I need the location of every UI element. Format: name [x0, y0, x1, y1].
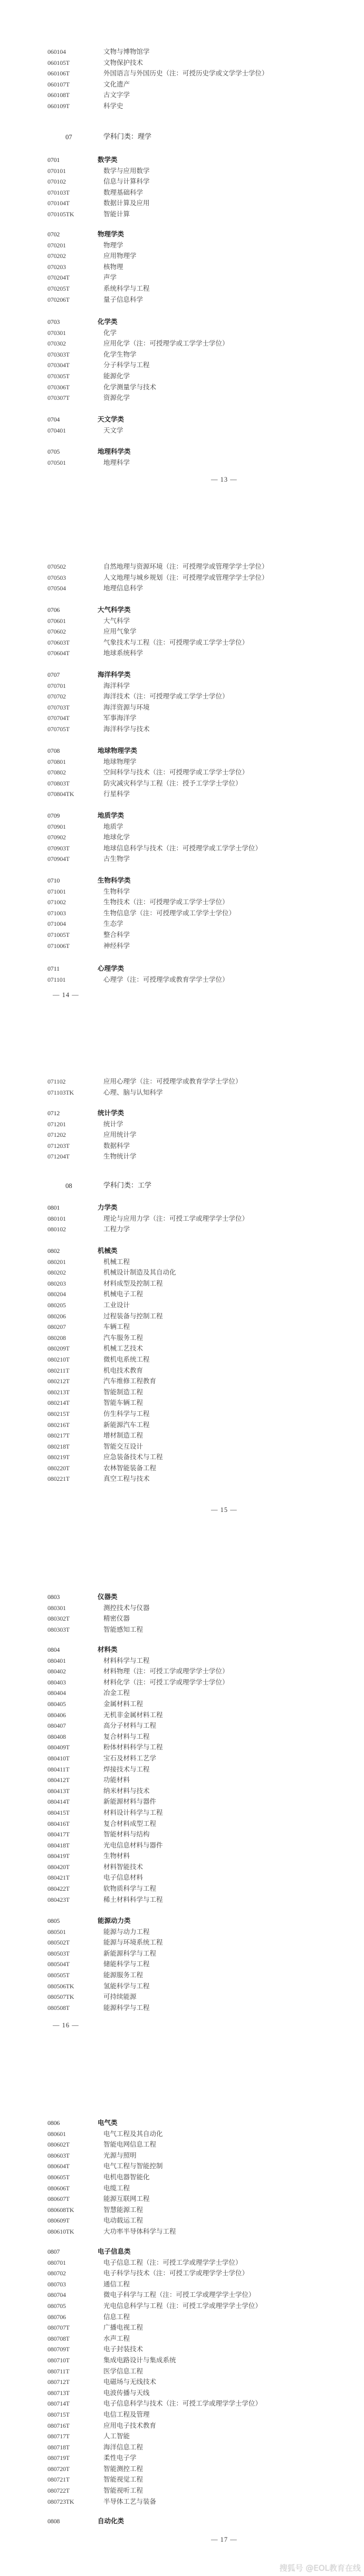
major-row: 080414T新能源材料与器件: [0, 1796, 364, 1807]
major-name: 海洋科学类: [98, 669, 131, 681]
major-row: 080209T机械工艺技术: [0, 1343, 364, 1354]
major-code: 0707: [47, 669, 60, 681]
major-code: 080402: [47, 1666, 66, 1677]
major-name: 信息与计算科学: [103, 176, 150, 187]
major-name: 仿生科学与工程: [103, 1409, 150, 1420]
major-name: 心理学（注：可授理学或教育学学士学位）: [103, 974, 229, 985]
major-row: 080706信息工程: [0, 2312, 364, 2323]
major-code: 080715T: [47, 2409, 70, 2420]
major-code: 070301: [47, 328, 66, 339]
major-name: 生物信息学（注：可授理学或工学学士学位）: [103, 908, 235, 919]
major-code: 080209T: [47, 1343, 70, 1354]
major-row: 080601电气工程及其自动化: [0, 2129, 364, 2140]
major-name: 力学类: [98, 1202, 118, 1213]
page-number: — 16 —: [53, 2022, 79, 2029]
major-row: 080203材料成型及控制工程: [0, 1278, 364, 1289]
major-code: 080501: [47, 1927, 66, 1938]
catalog-block: 070502自然地理与资源环境（注：可授理学或管理学学士学位）070503人文地…: [0, 561, 364, 594]
major-code: 071203T: [47, 1141, 70, 1152]
catalog-block: 0710生物科学类071001生物科学071002生物技术（注：可授理学或工学学…: [0, 875, 364, 951]
major-code: 0708: [47, 745, 60, 756]
major-name: 电气工程与智能控制: [103, 2161, 163, 2172]
major-code: 080422T: [47, 1883, 70, 1894]
major-row: 080603T光源与照明: [0, 2150, 364, 2161]
major-code: 08: [65, 1181, 72, 1192]
major-name: 地理信息科学: [103, 583, 143, 594]
major-code: 080407: [47, 1720, 66, 1731]
major-code: 070703T: [47, 702, 70, 713]
major-code: 070901: [47, 821, 66, 832]
major-name: 车辆工程: [103, 1321, 130, 1333]
major-code: 080709T: [47, 2344, 70, 2355]
major-row: 071202应用统计学: [0, 1129, 364, 1141]
major-row: 080507TK可持续能源: [0, 1991, 364, 2003]
major-row: 080202机械设计制造及其自动化: [0, 1267, 364, 1278]
major-code: 080713T: [47, 2388, 70, 2399]
major-class-row: 0710生物科学类: [0, 875, 364, 886]
major-class-row: 0707海洋科学类: [0, 669, 364, 681]
major-name: 海洋资源与环境: [103, 702, 150, 713]
major-name: 农林智能装备工程: [103, 1463, 156, 1474]
major-code: 080206: [47, 1311, 66, 1322]
major-name: 自动化类: [98, 2516, 124, 2527]
major-name: 古生物学: [103, 854, 130, 865]
major-name: 人文地理与城乡规划（注：可授理学或管理学学士学位）: [103, 572, 269, 583]
major-name: 能源动力类: [98, 1916, 131, 1927]
major-code: 071102: [47, 1076, 65, 1087]
major-code: 080213T: [47, 1387, 70, 1398]
major-code: 080412T: [47, 1775, 70, 1786]
major-name: 机械电子工程: [103, 1289, 143, 1300]
major-name: 电子信息工程（注：可授工学或理学学士学位）: [103, 2257, 242, 2268]
major-class-row: 0706大气科学类: [0, 605, 364, 616]
major-row: 071201统计学: [0, 1119, 364, 1130]
major-code: 070302: [47, 338, 66, 349]
major-row: 071204T生物统计学: [0, 1151, 364, 1162]
major-name: 地理科学类: [98, 446, 131, 457]
major-row: 070705T海洋科学与技术: [0, 724, 364, 735]
major-code: 071002: [47, 897, 66, 908]
major-code: 080423T: [47, 1894, 70, 1905]
major-name: 焊接技术与工程: [103, 1764, 150, 1775]
major-row: 070204T声学: [0, 272, 364, 283]
major-name: 核物理: [103, 262, 123, 273]
major-name: 数理基础科学: [103, 187, 143, 198]
major-code: 060109T: [47, 101, 70, 112]
major-name: 可持续能源: [103, 1991, 137, 2003]
major-row: 070401天文学: [0, 425, 364, 436]
major-row: 080221T真空工程与技术: [0, 1473, 364, 1485]
major-code: 080202: [47, 1267, 66, 1278]
major-code: 080717T: [47, 2431, 70, 2442]
major-name: 稀土材料科学与工程: [103, 1894, 163, 1905]
major-code: 070101: [47, 166, 66, 177]
major-row: 080711T医学信息工程: [0, 2366, 364, 2377]
major-code: 080504T: [47, 1959, 70, 1970]
major-code: 060105T: [47, 58, 70, 69]
major-code: 0703: [47, 317, 60, 328]
major-row: 080301测控技术与仪器: [0, 1603, 364, 1614]
major-code: 0808: [47, 2516, 60, 2527]
major-code: 080420T: [47, 1862, 70, 1873]
major-code: 070801: [47, 756, 66, 768]
major-row: 080214T智能车辆工程: [0, 1397, 364, 1409]
major-row: 080504T储能科学与工程: [0, 1959, 364, 1970]
major-row: 080701电子信息工程（注：可授工学或理学学士学位）: [0, 2257, 364, 2268]
major-row: 080419T生物材料: [0, 1851, 364, 1862]
major-row: 080602T智能电网信息工程: [0, 2139, 364, 2150]
major-name: 新能源汽车工程: [103, 1420, 150, 1431]
major-class-row: 0802机械类: [0, 1246, 364, 1257]
major-class-row: 0712统计学类: [0, 1108, 364, 1119]
major-row: 080204机械电子工程: [0, 1289, 364, 1300]
major-code: 070503: [47, 572, 66, 583]
major-code: 070205T: [47, 283, 70, 294]
major-row: 070703T海洋资源与环境: [0, 702, 364, 713]
major-row: 080420T材料智能技术: [0, 1862, 364, 1873]
major-code: 080411T: [47, 1764, 70, 1775]
major-name: 光源与照明: [103, 2150, 137, 2161]
major-class-row: 0702物理学类: [0, 229, 364, 240]
major-name: 能源互联网工程: [103, 2194, 150, 2205]
major-name: 应用气象学: [103, 626, 137, 637]
major-code: 0801: [47, 1202, 60, 1213]
major-row: 080411T焊接技术与工程: [0, 1764, 364, 1775]
major-code: 0710: [47, 875, 60, 886]
major-code: 070304T: [47, 360, 70, 371]
page-number: — 14 —: [53, 991, 79, 999]
major-code: 080704: [47, 2290, 66, 2301]
major-class-row: 0704天文学类: [0, 414, 364, 425]
major-row: 070701海洋科学: [0, 681, 364, 692]
major-name: 无机非金属材料工程: [103, 1710, 163, 1721]
major-code: 080405: [47, 1699, 66, 1710]
major-row: 080715T电信工程及管理: [0, 2409, 364, 2420]
major-row: 080609T电动载运工程: [0, 2215, 364, 2226]
major-name: 声学: [103, 272, 117, 283]
major-name: 地质学: [103, 821, 123, 832]
catalog-block: 0708地球物理学类070801地球物理学070802空间科学与技术（注：可授理…: [0, 745, 364, 800]
major-code: 070102: [47, 176, 66, 187]
major-class-row: 0711心理学类: [0, 963, 364, 974]
major-name: 功能材料: [103, 1775, 130, 1786]
catalog-block: 0705地理科学类070501地理科学: [0, 446, 364, 468]
major-name: 学科门类：理学: [103, 132, 151, 143]
major-name: 通信工程: [103, 2279, 130, 2290]
major-name: 大气科学类: [98, 605, 131, 616]
major-row: 080211T机电技术教育: [0, 1365, 364, 1376]
major-name: 智能交互设计: [103, 1441, 143, 1452]
major-name: 智能测控工程: [103, 2464, 143, 2475]
major-code: 080401: [47, 1655, 66, 1667]
major-code: 080606T: [47, 2183, 70, 2194]
major-name: 软物质科学与工程: [103, 1883, 156, 1894]
major-code: 071202: [47, 1129, 66, 1141]
major-row: 080402材料物理（注：可授工学或理学学士学位）: [0, 1666, 364, 1677]
major-row: 070803T防灾减灾科学与工程（注：授予工学学士学位）: [0, 778, 364, 789]
major-row: 070903T地球信息科学与技术（注：可授理学或工学学士学位）: [0, 843, 364, 854]
major-row: 070302应用化学（注：可授理学或工学学士学位）: [0, 338, 364, 349]
catalog-block: 0712统计学类071201统计学071202应用统计学071203T数据科学0…: [0, 1108, 364, 1162]
major-code: 080208: [47, 1333, 66, 1344]
major-row: 080704微电子科学与工程（注：可授工学或理学学士学位）: [0, 2290, 364, 2301]
major-code: 0806: [47, 2118, 60, 2129]
major-row: 080708T水声工程: [0, 2333, 364, 2344]
major-name: 储能科学与工程: [103, 1959, 150, 1970]
major-row: 070801地球物理学: [0, 756, 364, 768]
major-code: 080416T: [47, 1818, 70, 1830]
major-class-row: 0804材料类: [0, 1644, 364, 1655]
major-name: 材料成型及控制工程: [103, 1278, 163, 1289]
major-code: 070307T: [47, 392, 70, 404]
major-code: 080205: [47, 1300, 66, 1311]
major-row: 060104文物与博物馆学: [0, 46, 364, 58]
major-code: 080220T: [47, 1463, 70, 1474]
major-name: 智能视听工程: [103, 2485, 143, 2496]
catalog-block: 08学科门类：工学: [0, 1181, 364, 1192]
major-name: 人工智能: [103, 2431, 130, 2442]
major-name: 材料化学（注：可授工学或理学学士学位）: [103, 1677, 229, 1688]
major-code: 080217T: [47, 1430, 70, 1441]
major-code: 070202: [47, 251, 66, 262]
major-name: 量子信息科学: [103, 294, 143, 305]
major-name: 文物保护技术: [103, 58, 143, 69]
major-class-row: 0703化学类: [0, 317, 364, 328]
catalog-block: 0703化学类070301化学070302应用化学（注：可授理学或工学学士学位）…: [0, 317, 364, 404]
major-code: 080210T: [47, 1354, 70, 1365]
catalog-block: 0805能源动力类080501能源与动力工程080502T能源与环境系统工程08…: [0, 1916, 364, 2013]
major-name: 数学与应用数学: [103, 166, 150, 177]
major-row: 080716T应用电子技术教育: [0, 2420, 364, 2431]
major-code: 080409T: [47, 1742, 70, 1753]
major-name: 生物技术（注：可授理学或工学学士学位）: [103, 897, 229, 908]
major-code: 080219T: [47, 1452, 70, 1463]
major-row: 070104T数据计算及应用: [0, 198, 364, 209]
page-number: — 13 —: [211, 476, 237, 484]
major-code: 070201: [47, 240, 66, 251]
major-row: 080703通信工程: [0, 2279, 364, 2290]
major-code: 080303T: [47, 1624, 70, 1635]
major-row: 080604T电气工程与智能控制: [0, 2161, 364, 2172]
major-code: 070104T: [47, 198, 70, 209]
major-row: 080201机械工程: [0, 1257, 364, 1268]
major-name: 智能视觉工程: [103, 2474, 143, 2485]
major-name: 资源化学: [103, 392, 130, 404]
major-code: 080215T: [47, 1409, 70, 1420]
major-code: 080419T: [47, 1851, 70, 1862]
major-name: 海洋科学: [103, 681, 130, 692]
major-row: 080217T增材制造工程: [0, 1430, 364, 1441]
major-row: 070303T化学生物学: [0, 349, 364, 360]
major-code: 070604T: [47, 648, 70, 659]
major-name: 能源化学: [103, 371, 130, 382]
major-name: 机械设计制造及其自动化: [103, 1267, 176, 1278]
major-name: 化学测量学与技术: [103, 382, 156, 393]
major-name: 智能计算: [103, 209, 130, 220]
major-name: 材料物理（注：可授工学或理学学士学位）: [103, 1666, 229, 1677]
major-row: 080505T能源服务工程: [0, 1970, 364, 1981]
major-code: 070206T: [47, 294, 70, 305]
major-name: 应用统计学: [103, 1129, 137, 1141]
major-row: 080412T功能材料: [0, 1775, 364, 1786]
discipline-category-row: 08学科门类：工学: [0, 1181, 364, 1192]
major-code: 0804: [47, 1644, 60, 1655]
major-row: 080720T智能测控工程: [0, 2464, 364, 2475]
major-class-row: 0801力学类: [0, 1202, 364, 1213]
major-name: 学科门类：工学: [103, 1181, 151, 1192]
major-row: 080213T智能制造工程: [0, 1387, 364, 1398]
major-row: 080415T材料设计科学与工程: [0, 1807, 364, 1818]
major-row: 080607T能源互联网工程: [0, 2194, 364, 2205]
major-code: 080701: [47, 2257, 66, 2268]
major-code: 070504: [47, 583, 66, 594]
major-code: 071003: [47, 908, 66, 919]
major-name: 军事海洋学: [103, 713, 137, 724]
major-code: 080508T: [47, 2003, 70, 2014]
major-row: 080605T电机电器智能化: [0, 2172, 364, 2183]
major-name: 柔性电子学: [103, 2453, 137, 2464]
catalog-block: 0802机械类080201机械工程080202机械设计制造及其自动化080203…: [0, 1246, 364, 1485]
major-code: 071001: [47, 886, 66, 897]
major-code: 080720T: [47, 2464, 70, 2475]
major-code: 080505T: [47, 1970, 70, 1981]
major-code: 060108T: [47, 90, 70, 101]
major-row: 080722T智能视听工程: [0, 2485, 364, 2496]
major-code: 070804TK: [47, 789, 74, 800]
major-code: 080723TK: [47, 2496, 74, 2507]
major-name: 能源与环境系统工程: [103, 1937, 163, 1948]
major-row: 080610TK大功率半导体科学与工程: [0, 2226, 364, 2237]
major-code: 0705: [47, 446, 60, 457]
major-code: 080506TK: [47, 1981, 74, 1992]
major-name: 高分子材料与工程: [103, 1720, 156, 1731]
catalog-block: 071102应用心理学（注：可授理学或教育学学士学位）071103TK心理、脑与…: [0, 1076, 364, 1098]
major-code: 070603T: [47, 637, 70, 648]
major-code: 060106T: [47, 68, 70, 79]
major-code: 080719T: [47, 2453, 70, 2464]
watermark: 搜狐号 @EOL教育在线: [280, 2562, 361, 2573]
major-name: 大气科学: [103, 616, 130, 627]
catalog-block: 0807电子信息类080701电子信息工程（注：可授工学或理学学士学位）0807…: [0, 2246, 364, 2507]
major-name: 机电技术教育: [103, 1365, 143, 1376]
major-code: 070401: [47, 425, 66, 436]
major-code: 080607T: [47, 2194, 70, 2205]
major-row: 070102信息与计算科学: [0, 176, 364, 187]
major-code: 070103T: [47, 187, 70, 198]
major-code: 080301: [47, 1603, 66, 1614]
major-code: 060104: [47, 46, 66, 58]
major-code: 0709: [47, 810, 60, 821]
major-class-row: 0805能源动力类: [0, 1916, 364, 1927]
major-name: 纳米材料与技术: [103, 1786, 150, 1797]
major-code: 070701: [47, 681, 66, 692]
major-name: 微机电系统工程: [103, 1354, 150, 1365]
major-code: 080201: [47, 1257, 66, 1268]
major-code: 080605T: [47, 2172, 70, 2183]
major-name: 电动载运工程: [103, 2215, 143, 2226]
major-row: 080218T智能交互设计: [0, 1441, 364, 1452]
major-code: 080711T: [47, 2366, 70, 2377]
major-code: 080212T: [47, 1376, 70, 1387]
major-name: 智慧能源工程: [103, 2205, 143, 2216]
major-name: 海洋技术（注：可授理学或工学学士学位）: [103, 691, 229, 702]
major-row: 080503T新能源科学与工程: [0, 1948, 364, 1959]
catalog-block: 0804材料类080401材料科学与工程080402材料物理（注：可授工学或理学…: [0, 1644, 364, 1905]
major-name: 自然地理与资源环境（注：可授理学或管理学学士学位）: [103, 561, 269, 572]
major-row: 070306T化学测量学与技术: [0, 382, 364, 393]
major-row: 070904T古生物学: [0, 854, 364, 865]
major-code: 080503T: [47, 1948, 70, 1959]
major-name: 心理、脑与认知科学: [103, 1087, 163, 1098]
major-name: 智能材料与结构: [103, 1829, 150, 1840]
major-row: 071203T数据科学: [0, 1141, 364, 1152]
major-code: 070303T: [47, 349, 70, 360]
major-code: 080408: [47, 1731, 66, 1742]
major-code: 080707T: [47, 2322, 70, 2333]
major-code: 070705T: [47, 724, 70, 735]
major-code: 0704: [47, 414, 60, 425]
major-code: 080102: [47, 1224, 66, 1235]
major-row: 080302T精密仪器: [0, 1613, 364, 1624]
major-row: 080710T集成电路设计与集成系统: [0, 2355, 364, 2366]
catalog-block: 0801力学类080101理论与应用力学（注：可授工学或理学学士学位）08010…: [0, 1202, 364, 1235]
page-number: — 15 —: [211, 1506, 237, 1514]
major-code: 070502: [47, 561, 66, 572]
major-name: 电气类: [98, 2118, 118, 2129]
major-code: 080221T: [47, 1473, 70, 1485]
major-name: 物理学类: [98, 229, 124, 240]
major-name: 海洋信息工程: [103, 2442, 143, 2453]
major-row: 080410T宝石及材料工艺学: [0, 1753, 364, 1764]
major-code: 071204T: [47, 1151, 70, 1162]
major-code: 080721T: [47, 2474, 70, 2485]
major-name: 统计学: [103, 1119, 123, 1130]
major-row: 080408复合材料与工程: [0, 1731, 364, 1742]
major-code: 080214T: [47, 1397, 70, 1409]
major-name: 应用化学（注：可授理学或工学学士学位）: [103, 338, 229, 349]
major-row: 080101理论与应用力学（注：可授工学或理学学士学位）: [0, 1213, 364, 1224]
major-name: 生态学: [103, 918, 123, 930]
major-code: 070501: [47, 457, 66, 468]
major-code: 0807: [47, 2246, 60, 2257]
major-code: 080610TK: [47, 2226, 74, 2237]
major-row: 070901地质学: [0, 821, 364, 832]
major-code: 071103TK: [47, 1087, 74, 1098]
major-code: 080218T: [47, 1441, 70, 1452]
catalog-block: 0707海洋科学类070701海洋科学070702海洋技术（注：可授理学或工学学…: [0, 669, 364, 735]
major-code: 080714T: [47, 2398, 70, 2409]
major-name: 海洋科学与技术: [103, 724, 150, 735]
major-name: 地球系统科学: [103, 648, 143, 659]
major-row: 080208汽车服务工程: [0, 1333, 364, 1344]
major-row: 070307T资源化学: [0, 392, 364, 404]
major-name: 宝石及材料工艺学: [103, 1753, 156, 1764]
major-row: 080205工业设计: [0, 1300, 364, 1311]
major-row: 080709T电子封装技术: [0, 2344, 364, 2355]
discipline-category-row: 07学科门类：理学: [0, 132, 364, 143]
major-name: 地球化学: [103, 832, 130, 843]
major-row: 080723TK半导体工艺与装备: [0, 2496, 364, 2507]
major-name: 统计学类: [98, 1108, 124, 1119]
major-code: 0711: [47, 963, 60, 974]
catalog-block: 0806电气类080601电气工程及其自动化080602T智能电网信息工程080…: [0, 2118, 364, 2237]
major-code: 080417T: [47, 1829, 70, 1840]
major-name: 电机电器智能化: [103, 2172, 150, 2183]
major-name: 智能制造工程: [103, 1387, 143, 1398]
major-code: 0805: [47, 1916, 60, 1927]
major-row: 070304T分子科学与工程: [0, 360, 364, 371]
major-code: 080404: [47, 1688, 66, 1699]
